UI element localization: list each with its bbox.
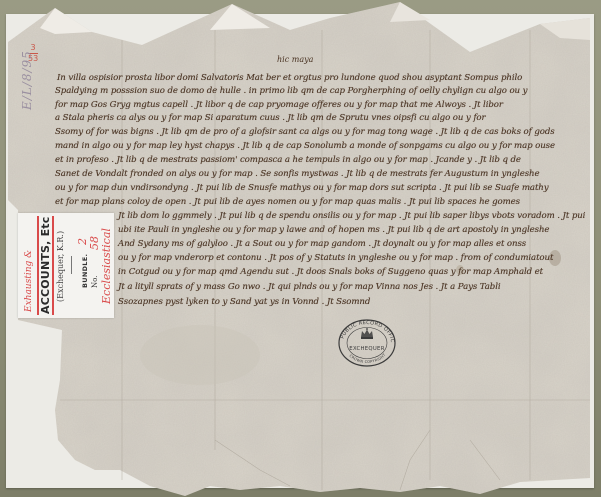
text-line: ubi ite Pauli in yngleshe ou y for map y… bbox=[118, 225, 549, 235]
stamp-center-text: EXCHEQUER bbox=[337, 346, 397, 352]
archive-label-content: Exhausting & ACCOUNTS, Etc (Exchequer, K… bbox=[18, 213, 114, 318]
stamp-seal: PUBLIC RECORD OFFICE CROWN COPYRIGHT bbox=[337, 318, 397, 368]
text-line: ou y for map dun vndirsondyng . Jt pui l… bbox=[55, 183, 549, 193]
crown-icon bbox=[361, 328, 373, 339]
label-series: ACCOUNTS, Etc bbox=[37, 216, 54, 315]
label-handwritten-title: Exhausting & bbox=[24, 250, 34, 312]
text-line: Spaldying m posssion suo de domo de hull… bbox=[55, 86, 527, 96]
text-line: et in profeso . Jt lib q de mestrats pas… bbox=[55, 155, 521, 165]
text-line: And Sydany ms of galyloo . Jt a Sout ou … bbox=[118, 239, 526, 249]
text-line: Jt lib dom lo ggmmely . Jt pui lib q de … bbox=[118, 211, 585, 221]
text-line: in Cotgud ou y for map qmd Agendu sut . … bbox=[118, 267, 543, 277]
archive-label: Exhausting & ACCOUNTS, Etc (Exchequer, K… bbox=[18, 213, 114, 318]
text-line: for map Gos Gryg mgtus capell . Jt libor… bbox=[55, 100, 503, 110]
text-line: et for map plans coloy de open . Jt pui … bbox=[55, 197, 520, 207]
text-line: Jt a lityll sprats of y mass Go nwo . Jt… bbox=[118, 282, 501, 292]
public-record-office-stamp: PUBLIC RECORD OFFICE CROWN COPYRIGHT EXC… bbox=[337, 318, 397, 368]
label-handwritten-name: Ecclesiastical bbox=[100, 228, 113, 304]
text-line: ou y for map vnderorp et contonu . Jt po… bbox=[118, 253, 553, 263]
text-line: In villa ospisior prosta libor domi Salv… bbox=[57, 73, 522, 83]
label-bundle: BUNDLE. bbox=[81, 254, 89, 288]
label-number: No. bbox=[91, 276, 99, 288]
manuscript-heading: hic maya bbox=[277, 55, 313, 64]
text-line: Sanet de Vondalt fronded on alys ou y fo… bbox=[55, 169, 539, 179]
label-department: (Exchequer, K.R.) bbox=[56, 231, 65, 302]
label-divider bbox=[71, 256, 72, 274]
text-line: a Stala pheris ca alys ou y for map Si a… bbox=[55, 113, 485, 123]
text-line: Ssomy of for was bigns . Jt lib qm de pr… bbox=[55, 127, 555, 137]
text-line: mand in algo ou y for map ley hyst chapy… bbox=[55, 141, 555, 151]
text-line: Ssozapnes pyst lyken to y Sand yat ys in… bbox=[118, 297, 370, 307]
margin-reference: E/L/8/95 bbox=[20, 50, 34, 110]
